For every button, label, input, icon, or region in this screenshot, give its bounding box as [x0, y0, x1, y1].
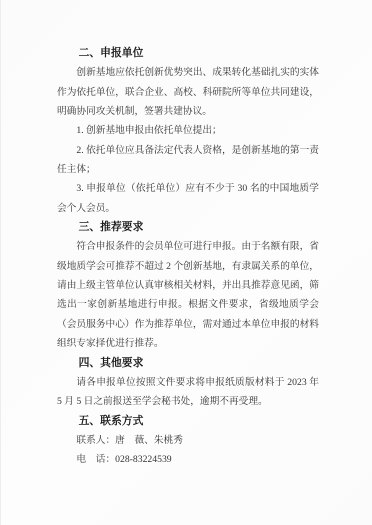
paragraph-other-requirements: 请各申报单位按照文件要求将申报纸质版材料于 2023 年 5 月 5 日之前报送… [57, 373, 319, 412]
heading-section-2-applicant-unit: 二、申报单位 [57, 44, 319, 63]
contact-phone-line: 电 话：028-83224539 [57, 450, 319, 469]
heading-section-3-recommendation: 三、推荐要求 [57, 218, 319, 237]
list-item-3: 3. 申报单位（依托单位）应有不少于 30 名的中国地质学会个人会员。 [57, 179, 319, 218]
heading-section-4-other-requirements: 四、其他要求 [57, 354, 319, 373]
paragraph-applicant-unit-intro: 创新基地应依托创新优势突出、成果转化基础扎实的实体作为依托单位，联合企业、高校、… [57, 63, 319, 121]
document-content: 二、申报单位 创新基地应依托创新优势突出、成果转化基础扎实的实体作为依托单位，联… [57, 44, 319, 470]
contact-persons-line: 联系人：唐 薇、朱桃秀 [57, 431, 319, 450]
heading-section-5-contact: 五、联系方式 [57, 412, 319, 431]
list-item-2: 2. 依托单位应具备法定代表人资格，是创新基地的第一责任主体； [57, 141, 319, 180]
list-item-1: 1. 创新基地申报由依托单位提出； [57, 121, 319, 140]
paragraph-recommendation: 符合申报条件的会员单位可进行申报。由于名额有限，省级地质学会可推荐不超过 2 个… [57, 237, 319, 353]
document-page: 二、申报单位 创新基地应依托创新优势突出、成果转化基础扎实的实体作为依托单位，联… [0, 0, 372, 525]
